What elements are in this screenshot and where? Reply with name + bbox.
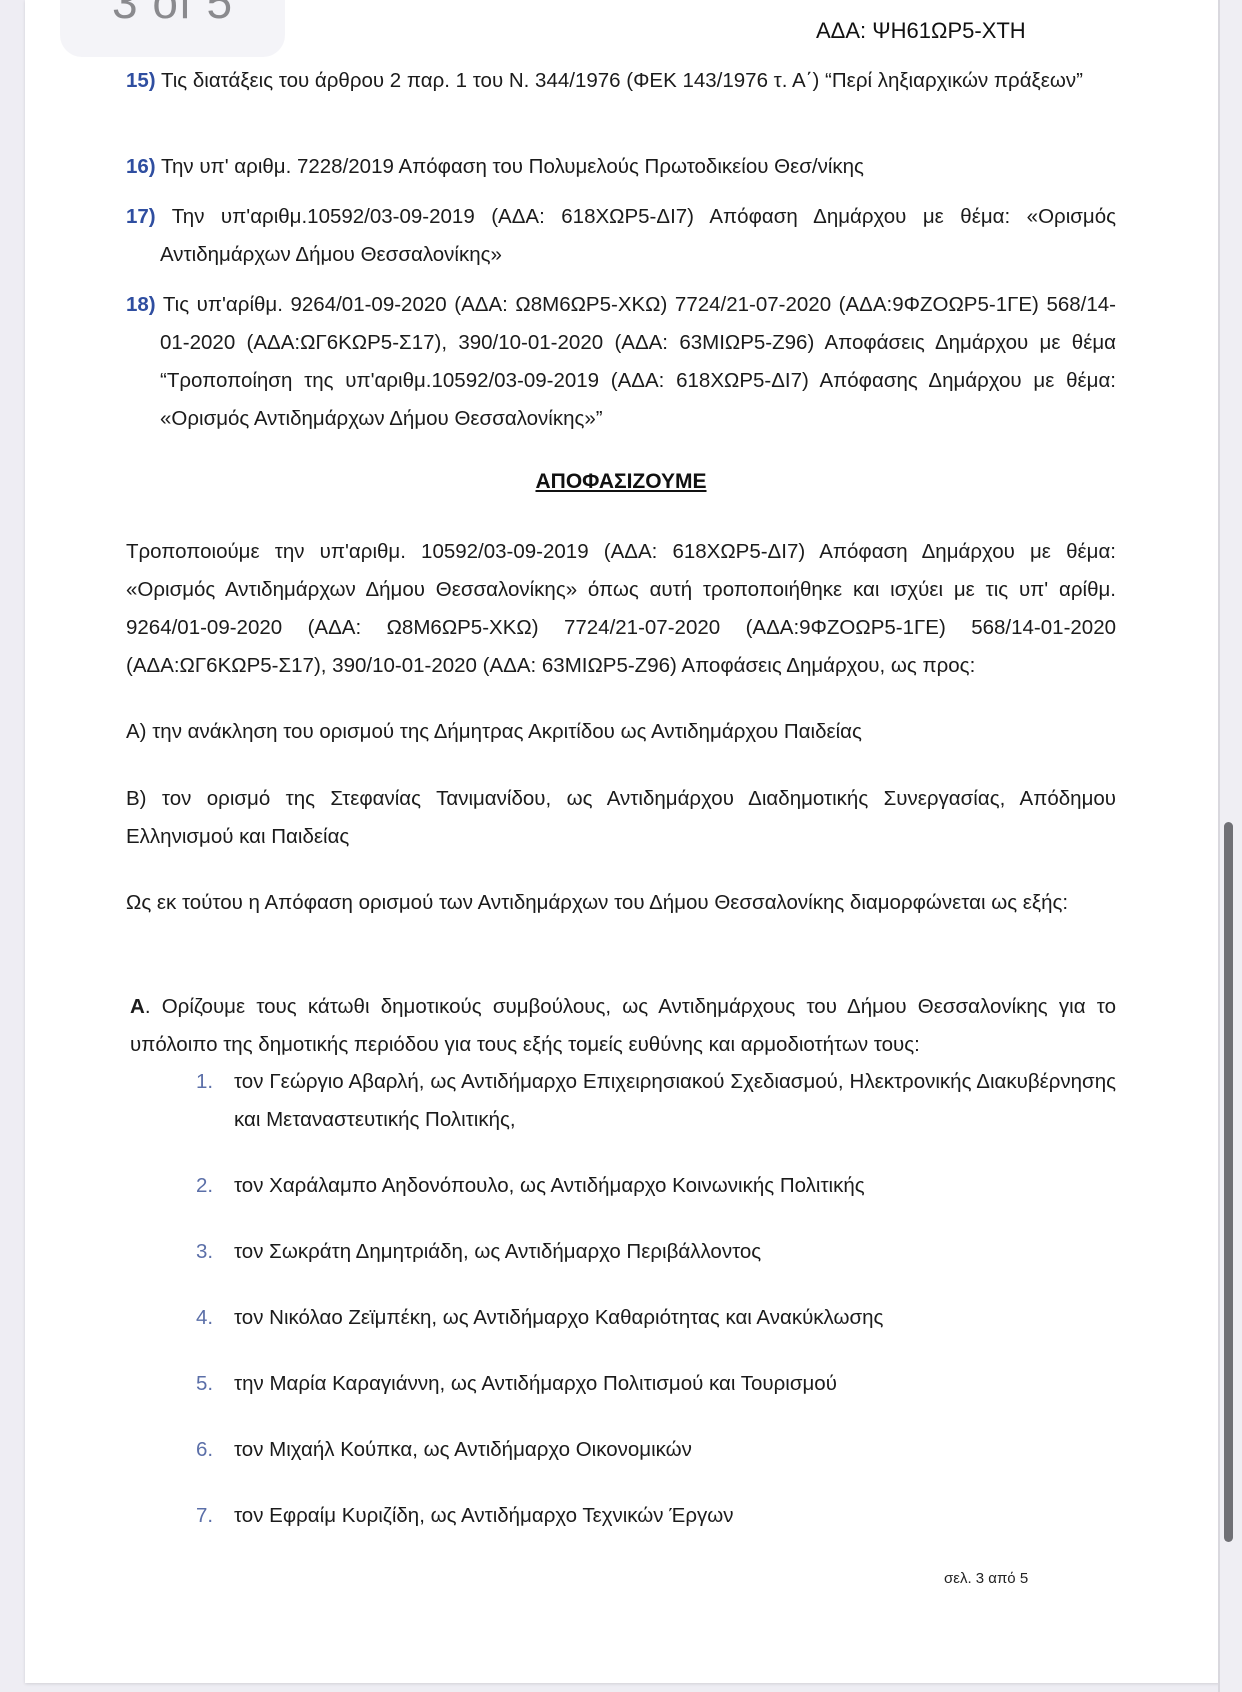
list-text: τον Νικόλαο Ζεϊμπέκη, ως Αντιδήμαρχο Καθ… bbox=[196, 1299, 1116, 1337]
list-text: τον Χαράλαμπο Αηδονόπουλο, ως Αντιδήμαρχ… bbox=[196, 1167, 1116, 1205]
item-text: Την υπ'αριθμ.10592/03-09-2019 (ΑΔΑ: 618Χ… bbox=[160, 205, 1116, 266]
consideration-18: 18) Τις υπ'αρίθμ. 9264/01-09-2020 (ΑΔΑ: … bbox=[126, 286, 1116, 438]
deputy-mayor-item: 5. την Μαρία Καραγιάννη, ως Αντιδήμαρχο … bbox=[196, 1365, 1116, 1403]
amendment-paragraph: Τροποποιούμε την υπ'αριθμ. 10592/03-09-2… bbox=[126, 533, 1116, 685]
point-a: Α) την ανάκληση του ορισμού της Δήμητρας… bbox=[126, 713, 1116, 751]
consideration-15: 15) Τις διατάξεις του άρθρου 2 παρ. 1 το… bbox=[126, 62, 1116, 100]
list-text: την Μαρία Καραγιάννη, ως Αντιδήμαρχο Πολ… bbox=[196, 1365, 1116, 1403]
deputy-mayor-item: 1. τον Γεώργιο Αβαρλή, ως Αντιδήμαρχο Επ… bbox=[196, 1063, 1116, 1139]
list-number: 3. bbox=[196, 1233, 213, 1271]
point-b: Β) τον ορισμό της Στεφανίας Τανιμανίδου,… bbox=[126, 780, 1116, 856]
section-a-text: . Ορίζουμε τους κάτωθι δημοτικούς συμβού… bbox=[130, 995, 1116, 1056]
ada-header: ΑΔΑ: ΨΗ61ΩΡ5-ΧΤΗ bbox=[816, 18, 1026, 44]
list-text: τον Γεώργιο Αβαρλή, ως Αντιδήμαρχο Επιχε… bbox=[196, 1063, 1116, 1139]
deputy-mayor-item: 4. τον Νικόλαο Ζεϊμπέκη, ως Αντιδήμαρχο … bbox=[196, 1299, 1116, 1337]
item-number: 17) bbox=[126, 205, 156, 228]
list-number: 7. bbox=[196, 1497, 213, 1535]
list-text: τον Εφραίμ Κυριζίδη, ως Αντιδήμαρχο Τεχν… bbox=[196, 1497, 1116, 1535]
item-number: 18) bbox=[126, 293, 156, 316]
decision-heading: ΑΠΟΦΑΣΙΖΟΥΜΕ bbox=[0, 470, 1242, 494]
scrollbar-thumb[interactable] bbox=[1224, 822, 1233, 1542]
deputy-mayor-item: 3. τον Σωκράτη Δημητριάδη, ως Αντιδήμαρχ… bbox=[196, 1233, 1116, 1271]
item-text: Τις υπ'αρίθμ. 9264/01-09-2020 (ΑΔΑ: Ω8Μ6… bbox=[160, 293, 1116, 430]
page-footer: σελ. 3 από 5 bbox=[944, 1570, 1028, 1587]
deputy-mayor-item: 7. τον Εφραίμ Κυριζίδη, ως Αντιδήμαρχο Τ… bbox=[196, 1497, 1116, 1535]
list-text: τον Σωκράτη Δημητριάδη, ως Αντιδήμαρχο Π… bbox=[196, 1233, 1116, 1271]
consideration-17: 17) Την υπ'αριθμ.10592/03-09-2019 (ΑΔΑ: … bbox=[126, 198, 1116, 274]
item-number: 16) bbox=[126, 155, 156, 178]
section-a-label: Α bbox=[130, 995, 145, 1018]
consideration-16: 16) Την υπ' αριθμ. 7228/2019 Απόφαση του… bbox=[126, 148, 1116, 186]
page-indicator-badge: 3 of 5 bbox=[60, 0, 285, 57]
item-number: 15) bbox=[126, 69, 156, 92]
deputy-mayor-item: 6. τον Μιχαήλ Κούπκα, ως Αντιδήμαρχο Οικ… bbox=[196, 1431, 1116, 1469]
list-text: τον Μιχαήλ Κούπκα, ως Αντιδήμαρχο Οικονο… bbox=[196, 1431, 1116, 1469]
consequently-paragraph: Ως εκ τούτου η Απόφαση ορισμού των Αντιδ… bbox=[126, 884, 1116, 922]
list-number: 5. bbox=[196, 1365, 213, 1403]
item-text: Την υπ' αριθμ. 7228/2019 Απόφαση του Πολ… bbox=[161, 155, 864, 178]
section-a-paragraph: Α. Ορίζουμε τους κάτωθι δημοτικούς συμβο… bbox=[130, 988, 1116, 1064]
item-text: Τις διατάξεις του άρθρου 2 παρ. 1 του Ν.… bbox=[161, 69, 1083, 92]
list-number: 2. bbox=[196, 1167, 213, 1205]
list-number: 6. bbox=[196, 1431, 213, 1469]
list-number: 4. bbox=[196, 1299, 213, 1337]
deputy-mayor-item: 2. τον Χαράλαμπο Αηδονόπουλο, ως Αντιδήμ… bbox=[196, 1167, 1116, 1205]
list-number: 1. bbox=[196, 1063, 213, 1101]
